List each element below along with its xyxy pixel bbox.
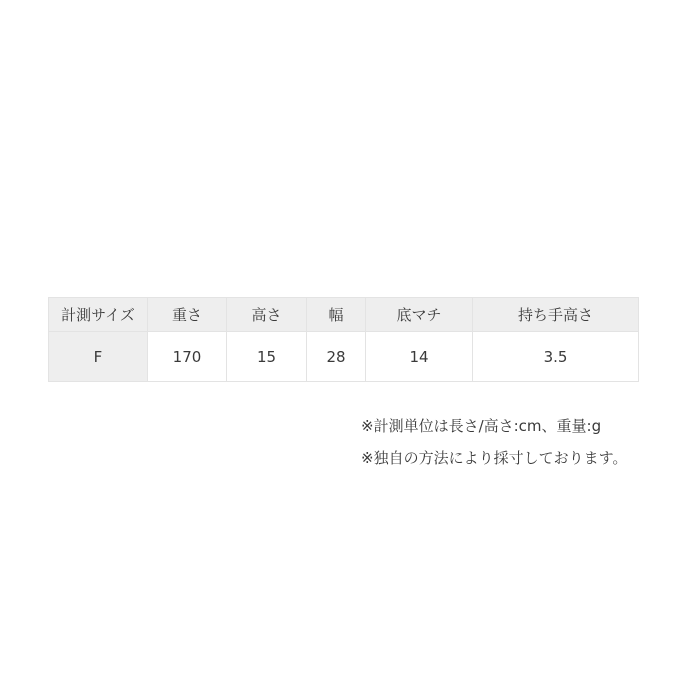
table-header-row: 計測サイズ 重さ 高さ 幅 底マチ 持ち手高さ: [49, 298, 639, 332]
cell-weight: 170: [148, 332, 227, 382]
cell-width: 28: [307, 332, 366, 382]
header-weight: 重さ: [148, 298, 227, 332]
size-table: 計測サイズ 重さ 高さ 幅 底マチ 持ち手高さ F 170 15 28 14 3…: [48, 297, 639, 382]
cell-height: 15: [227, 332, 307, 382]
cell-size: F: [49, 332, 148, 382]
header-size: 計測サイズ: [49, 298, 148, 332]
measurement-notes: ※計測単位は長さ/高さ:cm、重量:g ※独自の方法により採寸しております。: [361, 410, 627, 474]
header-gusset: 底マチ: [366, 298, 473, 332]
table-row: F 170 15 28 14 3.5: [49, 332, 639, 382]
header-handle-height: 持ち手高さ: [473, 298, 639, 332]
header-width: 幅: [307, 298, 366, 332]
cell-gusset: 14: [366, 332, 473, 382]
header-height: 高さ: [227, 298, 307, 332]
note-units: ※計測単位は長さ/高さ:cm、重量:g: [361, 410, 627, 442]
cell-handle-height: 3.5: [473, 332, 639, 382]
note-method: ※独自の方法により採寸しております。: [361, 442, 627, 474]
